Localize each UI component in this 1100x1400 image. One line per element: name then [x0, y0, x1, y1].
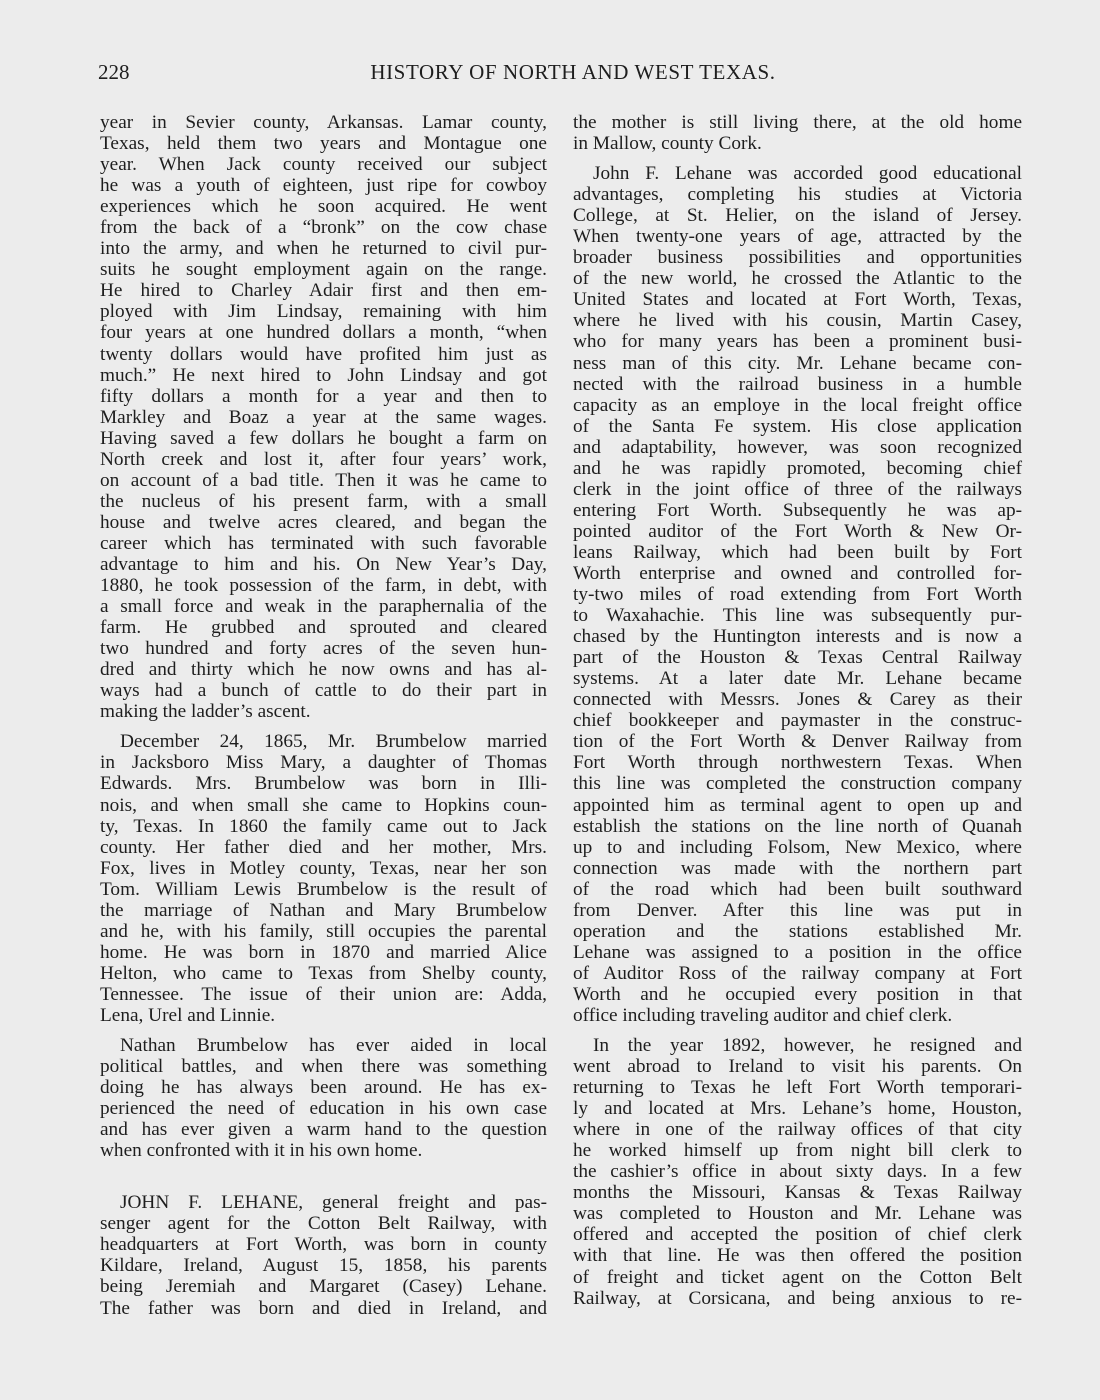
running-title: HISTORY OF NORTH AND WEST TEXAS.	[98, 60, 1028, 85]
text-line: and he was rapidly promoted, becoming ch…	[573, 458, 1022, 479]
text-line: and he, with his family, still occupies …	[100, 921, 547, 942]
text-line: ty-two miles of road extending from Fort…	[573, 584, 1022, 605]
text-line: of the new world, he crossed the Atlanti…	[573, 268, 1022, 289]
paragraph: December 24, 1865, Mr. Brumbelow married…	[100, 731, 547, 1026]
text-line: returning to Texas he left Fort Worth te…	[573, 1077, 1022, 1098]
text-line: connection was made with the northern pa…	[573, 858, 1022, 879]
text-line: a small force and weak in the parapherna…	[100, 596, 547, 617]
text-line: ness man of this city. Mr. Lehane became…	[573, 353, 1022, 374]
text-line: political battles, and when there was so…	[100, 1056, 547, 1077]
text-line: of the Santa Fe system. His close applic…	[573, 416, 1022, 437]
text-line: year in Sevier county, Arkansas. Lamar c…	[100, 112, 547, 133]
text-line: The father was born and died in Ireland,…	[100, 1298, 547, 1319]
text-line: John F. Lehane was accorded good educati…	[573, 163, 1022, 184]
text-line: systems. At a later date Mr. Lehane beca…	[573, 668, 1022, 689]
text-line: the marriage of Nathan and Mary Brumbelo…	[100, 900, 547, 921]
text-line: Markley and Boaz a year at the same wage…	[100, 407, 547, 428]
text-line: to Waxahachie. This line was subsequentl…	[573, 605, 1022, 626]
text-line: Kildare, Ireland, August 15, 1858, his p…	[100, 1255, 547, 1276]
text-line: clerk in the joint office of three of th…	[573, 479, 1022, 500]
text-line: operation and the stations established M…	[573, 921, 1022, 942]
text-line: He hired to Charley Adair first and then…	[100, 280, 547, 301]
paragraph: JOHN F. LEHANE, general freight and pas-…	[100, 1192, 547, 1318]
text-line: year. When Jack county received our subj…	[100, 154, 547, 175]
text-line: part of the Houston & Texas Central Rail…	[573, 647, 1022, 668]
text-line: December 24, 1865, Mr. Brumbelow married	[100, 731, 547, 752]
text-line: doing he has always been around. He has …	[100, 1077, 547, 1098]
book-page: 228 HISTORY OF NORTH AND WEST TEXAS. yea…	[0, 0, 1100, 1400]
text-line: up to and including Folsom, New Mexico, …	[573, 837, 1022, 858]
text-line: Tom. William Lewis Brumbelow is the resu…	[100, 879, 547, 900]
text-line: dred and thirty which he now owns and ha…	[100, 659, 547, 680]
text-line: of the road which had been built southwa…	[573, 879, 1022, 900]
text-line: 1880, he took possession of the farm, in…	[100, 575, 547, 596]
text-line: entering Fort Worth. Subsequently he was…	[573, 500, 1022, 521]
paragraph: Nathan Brumbelow has ever aided in local…	[100, 1035, 547, 1161]
text-line: capacity as an employe in the local frei…	[573, 395, 1022, 416]
text-line: College, at St. Helier, on the island of…	[573, 205, 1022, 226]
text-line: was completed to Houston and Mr. Lehane …	[573, 1203, 1022, 1224]
text-line: Railway, at Corsicana, and being anxious…	[573, 1288, 1022, 1309]
text-line: Texas, held them two years and Montague …	[100, 133, 547, 154]
text-line: connected with Messrs. Jones & Carey as …	[573, 689, 1022, 710]
text-line: the cashier’s office in about sixty days…	[573, 1161, 1022, 1182]
text-line: JOHN F. LEHANE, general freight and pas-	[100, 1192, 547, 1213]
text-line: in Jacksboro Miss Mary, a daughter of Th…	[100, 752, 547, 773]
running-head: 228 HISTORY OF NORTH AND WEST TEXAS.	[98, 60, 1028, 90]
text-line: this line was completed the construction…	[573, 773, 1022, 794]
text-line: perienced the need of education in his o…	[100, 1098, 547, 1119]
text-line: of Auditor Ross of the railway company a…	[573, 963, 1022, 984]
text-line: broader business possibilities and oppor…	[573, 247, 1022, 268]
left-column: year in Sevier county, Arkansas. Lamar c…	[100, 112, 547, 1319]
text-line: chief bookkeeper and paymaster in the co…	[573, 710, 1022, 731]
text-line: ployed with Jim Lindsay, remaining with …	[100, 301, 547, 322]
text-line: county. Her father died and her mother, …	[100, 837, 547, 858]
paragraph: John F. Lehane was accorded good educati…	[573, 163, 1022, 1026]
text-line: Worth and he occupied every position in …	[573, 984, 1022, 1005]
text-line: Fox, lives in Motley county, Texas, near…	[100, 858, 547, 879]
text-line: home. He was born in 1870 and married Al…	[100, 942, 547, 963]
text-line: advantage to him and his. On New Year’s …	[100, 554, 547, 575]
text-line: when confronted with it in his own home.	[100, 1140, 547, 1161]
text-line: suits he sought employment again on the …	[100, 259, 547, 280]
text-line: fifty dollars a month for a year and the…	[100, 386, 547, 407]
text-line: establish the stations on the line north…	[573, 816, 1022, 837]
text-line: and has ever given a warm hand to the qu…	[100, 1119, 547, 1140]
text-line: into the army, and when he returned to c…	[100, 238, 547, 259]
section-divider	[100, 1161, 547, 1192]
text-line: where he lived with his cousin, Martin C…	[573, 310, 1022, 331]
text-line: advantages, completing his studies at Vi…	[573, 184, 1022, 205]
text-line: Lehane was assigned to a position in the…	[573, 942, 1022, 963]
text-line: twenty dollars would have profited him j…	[100, 344, 547, 365]
paragraph-gap	[573, 1026, 1022, 1035]
text-line: two hundred and forty acres of the seven…	[100, 638, 547, 659]
text-line: and adaptability, however, was soon reco…	[573, 437, 1022, 458]
text-line: nected with the railroad business in a h…	[573, 374, 1022, 395]
text-line: from Denver. After this line was put in	[573, 900, 1022, 921]
text-line: much.” He next hired to John Lindsay and…	[100, 365, 547, 386]
text-line: Nathan Brumbelow has ever aided in local	[100, 1035, 547, 1056]
text-line: he worked himself up from night bill cle…	[573, 1140, 1022, 1161]
text-line: Edwards. Mrs. Brumbelow was born in Illi…	[100, 773, 547, 794]
text-line: North creek and lost it, after four year…	[100, 449, 547, 470]
text-line: where in one of the railway offices of t…	[573, 1119, 1022, 1140]
paragraph-gap	[100, 1026, 547, 1035]
text-line: leans Railway, which had been built by F…	[573, 542, 1022, 563]
text-line: Having saved a few dollars he bought a f…	[100, 428, 547, 449]
text-line: In the year 1892, however, he resigned a…	[573, 1035, 1022, 1056]
text-line: pointed auditor of the Fort Worth & New …	[573, 521, 1022, 542]
paragraph: In the year 1892, however, he resigned a…	[573, 1035, 1022, 1309]
text-line: Tennessee. The issue of their union are:…	[100, 984, 547, 1005]
text-line: tion of the Fort Worth & Denver Railway …	[573, 731, 1022, 752]
text-line: headquarters at Fort Worth, was born in …	[100, 1234, 547, 1255]
text-line: on account of a bad title. Then it was h…	[100, 470, 547, 491]
right-column: the mother is still living there, at the…	[573, 112, 1022, 1309]
text-line: he was a youth of eighteen, just ripe fo…	[100, 175, 547, 196]
text-line: house and twelve acres cleared, and bega…	[100, 512, 547, 533]
text-line: nois, and when small she came to Hopkins…	[100, 795, 547, 816]
text-line: in Mallow, county Cork.	[573, 133, 1022, 154]
text-line: from the back of a “bronk” on the cow ch…	[100, 217, 547, 238]
text-line: Helton, who came to Texas from Shelby co…	[100, 963, 547, 984]
text-line: appointed him as terminal agent to open …	[573, 795, 1022, 816]
text-line: career which has terminated with such fa…	[100, 533, 547, 554]
text-line: Fort Worth through northwestern Texas. W…	[573, 752, 1022, 773]
paragraph: the mother is still living there, at the…	[573, 112, 1022, 154]
text-line: farm. He grubbed and sprouted and cleare…	[100, 617, 547, 638]
text-line: the nucleus of his present farm, with a …	[100, 491, 547, 512]
text-line: experiences which he soon acquired. He w…	[100, 196, 547, 217]
text-line: of freight and ticket agent on the Cotto…	[573, 1267, 1022, 1288]
paragraph-gap	[100, 722, 547, 731]
text-line: making the ladder’s ascent.	[100, 701, 547, 722]
text-line: being Jeremiah and Margaret (Casey) Leha…	[100, 1276, 547, 1297]
text-line: ways had a bunch of cattle to do their p…	[100, 680, 547, 701]
text-line: ty, Texas. In 1860 the family came out t…	[100, 816, 547, 837]
text-line: the mother is still living there, at the…	[573, 112, 1022, 133]
text-line: who for many years has been a prominent …	[573, 331, 1022, 352]
text-line: United States and located at Fort Worth,…	[573, 289, 1022, 310]
text-line: with that line. He was then offered the …	[573, 1245, 1022, 1266]
text-line: chased by the Huntington interests and i…	[573, 626, 1022, 647]
text-line: offered and accepted the position of chi…	[573, 1224, 1022, 1245]
text-line: went abroad to Ireland to visit his pare…	[573, 1056, 1022, 1077]
paragraph: year in Sevier county, Arkansas. Lamar c…	[100, 112, 547, 722]
text-line: months the Missouri, Kansas & Texas Rail…	[573, 1182, 1022, 1203]
text-line: Lena, Urel and Linnie.	[100, 1005, 547, 1026]
paragraph-gap	[573, 154, 1022, 163]
text-line: office including traveling auditor and c…	[573, 1005, 1022, 1026]
text-line: four years at one hundred dollars a mont…	[100, 322, 547, 343]
text-line: ly and located at Mrs. Lehane’s home, Ho…	[573, 1098, 1022, 1119]
text-line: senger agent for the Cotton Belt Railway…	[100, 1213, 547, 1234]
text-line: Worth enterprise and owned and controlle…	[573, 563, 1022, 584]
text-line: When twenty-one years of age, attracted …	[573, 226, 1022, 247]
